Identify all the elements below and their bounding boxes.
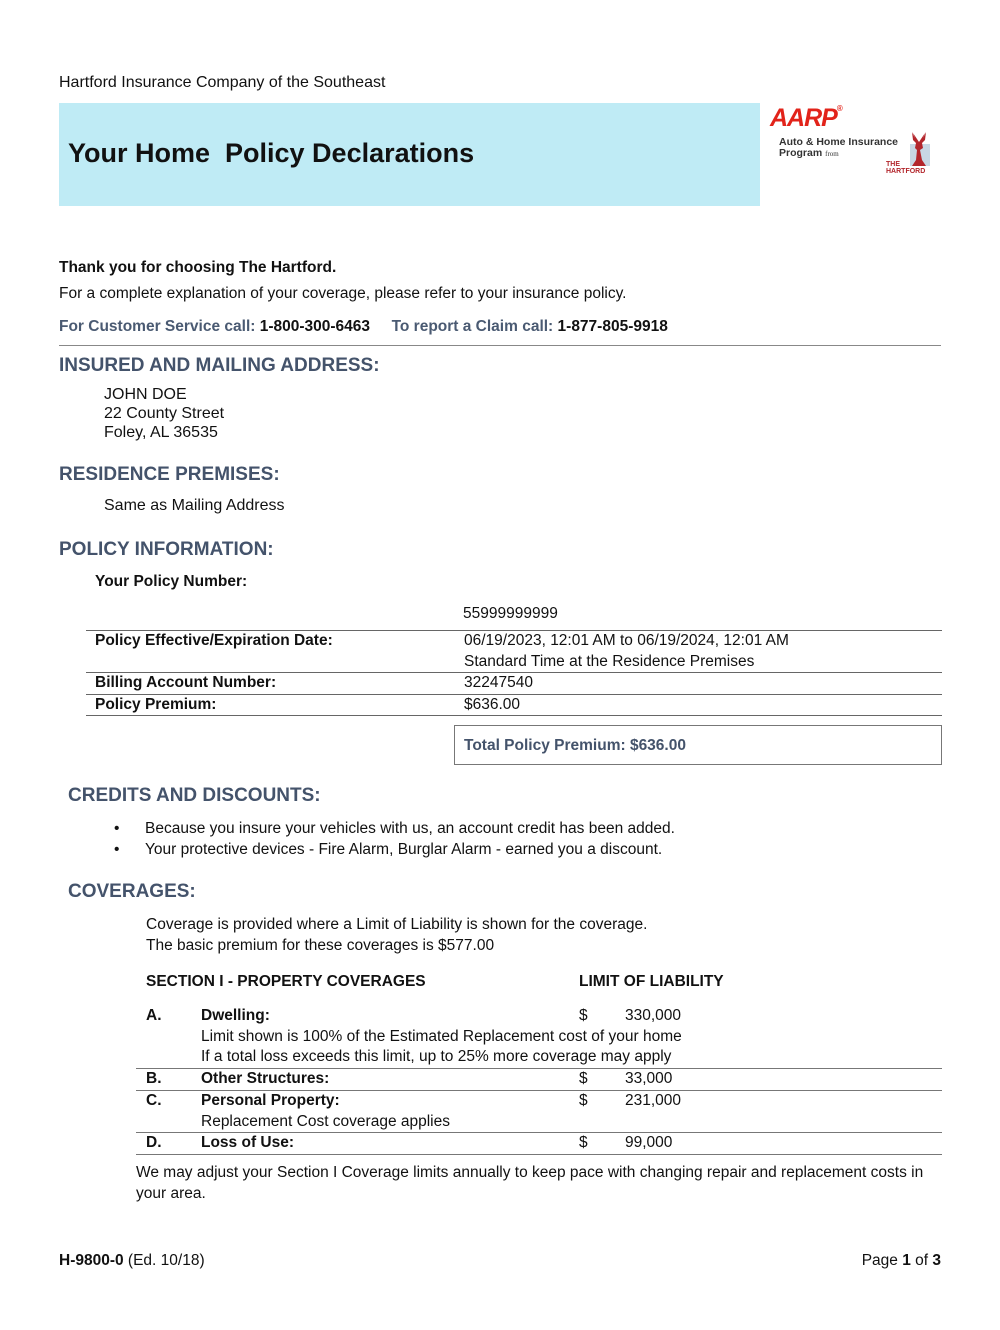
table-row: Replacement Cost coverage applies (136, 1112, 942, 1133)
coverage-amount: 33,000 (625, 1069, 942, 1091)
table-row: Policy Premium: $636.00 (86, 694, 942, 716)
address-street: 22 County Street (104, 404, 224, 423)
policy-info-heading: POLICY INFORMATION: (59, 539, 274, 561)
table-row: D. Loss of Use: $ 99,000 (136, 1133, 942, 1155)
coverage-note: Limit shown is 100% of the Estimated Rep… (201, 1027, 942, 1048)
effective-date-label: Policy Effective/Expiration Date: (86, 631, 454, 673)
policy-premium-label: Policy Premium: (86, 694, 454, 716)
credits-list: Because you insure your vehicles with us… (114, 818, 675, 860)
total-premium: Total Policy Premium: $636.00 (464, 737, 686, 755)
residence-value: Same as Mailing Address (104, 497, 285, 515)
hartford-text: THE HARTFORD (886, 161, 925, 175)
coverage-amount: 330,000 (625, 1006, 942, 1027)
program-text: Auto & Home Insurance Program from (779, 137, 898, 160)
table-row: Billing Account Number: 32247540 (86, 673, 942, 695)
total-premium-box: Total Policy Premium: $636.00 (454, 725, 942, 765)
coverage-name: Loss of Use: (201, 1133, 579, 1155)
list-item: Because you insure your vehicles with us… (114, 818, 675, 839)
explanation-text: For a complete explanation of your cover… (59, 285, 627, 303)
insured-heading: INSURED AND MAILING ADDRESS: (59, 355, 380, 377)
effective-date-value: 06/19/2023, 12:01 AM to 06/19/2024, 12:0… (454, 631, 942, 673)
policy-premium-value: $636.00 (454, 694, 942, 716)
residence-heading: RESIDENCE PREMISES: (59, 464, 280, 486)
mailing-address: JOHN DOE 22 County Street Foley, AL 3653… (104, 385, 224, 442)
coverage-amount: 231,000 (625, 1090, 942, 1111)
coverage-note: If a total loss exceeds this limit, up t… (201, 1047, 942, 1068)
policy-number-value: 55999999999 (463, 605, 558, 623)
table-row: Limit shown is 100% of the Estimated Rep… (136, 1027, 942, 1048)
list-item: Your protective devices - Fire Alarm, Bu… (114, 839, 675, 860)
contact-line: For Customer Service call: 1-800-300-646… (59, 318, 668, 336)
adjust-note: We may adjust your Section I Coverage li… (136, 1162, 936, 1204)
table-row: Policy Effective/Expiration Date: 06/19/… (86, 631, 942, 673)
page-indicator: Page 1 of 3 (862, 1252, 941, 1270)
coverage-name: Other Structures: (201, 1069, 579, 1091)
divider (59, 345, 941, 346)
claim-number[interactable]: 1-877-805-9918 (558, 318, 668, 335)
credits-heading: CREDITS AND DISCOUNTS: (68, 785, 321, 807)
insured-name: JOHN DOE (104, 385, 224, 404)
limit-header: LIMIT OF LIABILITY (579, 973, 724, 991)
thank-you-text: Thank you for choosing The Hartford. (59, 259, 336, 277)
policy-number-label: Your Policy Number: (95, 573, 247, 591)
aarp-hartford-logo: AARP® Auto & Home Insurance Program from… (768, 104, 938, 184)
company-name: Hartford Insurance Company of the Southe… (59, 74, 385, 92)
coverages-intro: Coverage is provided where a Limit of Li… (146, 914, 647, 956)
coverages-table: A. Dwelling: $ 330,000 Limit shown is 10… (136, 1006, 942, 1155)
aarp-logo-text: AARP® (770, 104, 842, 133)
customer-service-number[interactable]: 1-800-300-6463 (260, 318, 370, 335)
coverages-heading: COVERAGES: (68, 881, 196, 903)
billing-account-value: 32247540 (454, 673, 942, 695)
page-title: Your Home Policy Declarations (68, 138, 474, 169)
customer-service-label: For Customer Service call: (59, 318, 260, 335)
coverage-amount: 99,000 (625, 1133, 942, 1155)
coverage-note: Replacement Cost coverage applies (201, 1112, 942, 1133)
section-header: SECTION I - PROPERTY COVERAGES (146, 973, 426, 991)
coverage-name: Personal Property: (201, 1090, 579, 1111)
table-row: B. Other Structures: $ 33,000 (136, 1069, 942, 1091)
coverage-name: Dwelling: (201, 1006, 579, 1027)
table-row: A. Dwelling: $ 330,000 (136, 1006, 942, 1027)
claim-label: To report a Claim call: (392, 318, 558, 335)
billing-account-label: Billing Account Number: (86, 673, 454, 695)
table-row: If a total loss exceeds this limit, up t… (136, 1047, 942, 1068)
address-city: Foley, AL 36535 (104, 423, 224, 442)
table-row: C. Personal Property: $ 231,000 (136, 1090, 942, 1111)
form-code: H-9800-0 (Ed. 10/18) (59, 1252, 205, 1270)
policy-info-table: Policy Effective/Expiration Date: 06/19/… (86, 630, 942, 716)
